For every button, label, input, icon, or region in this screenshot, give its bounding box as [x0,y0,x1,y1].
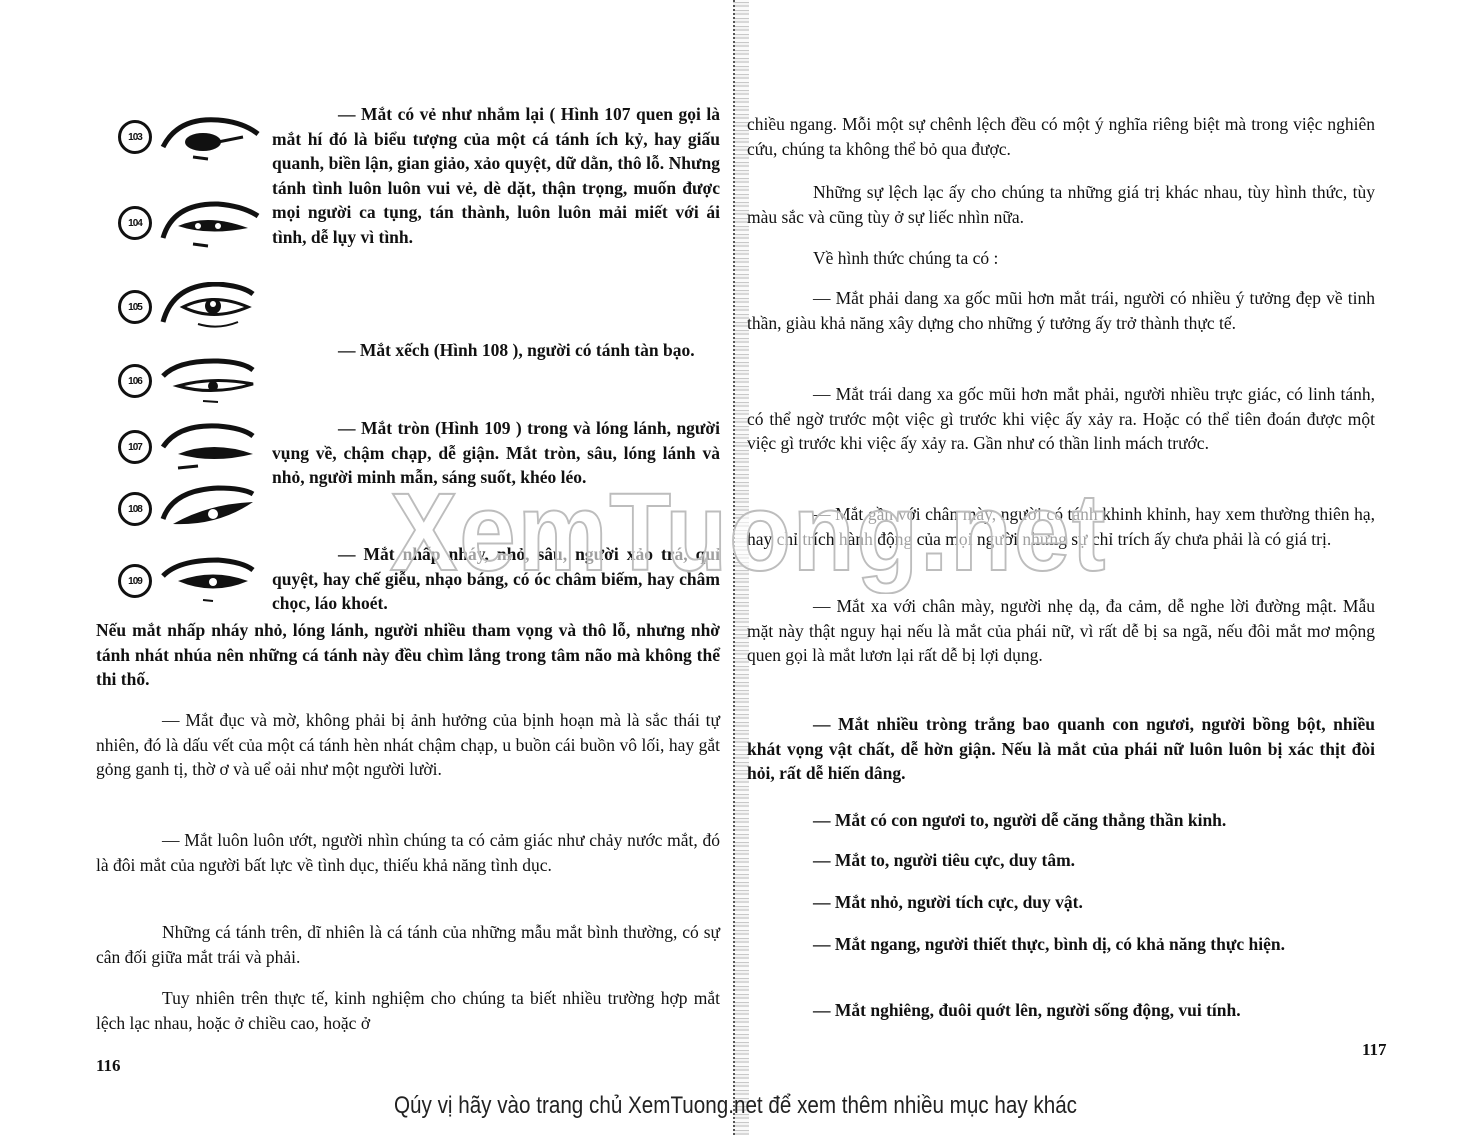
paragraph-lech-lac: Những sự lệch lạc ấy cho chúng ta những … [747,180,1375,229]
eye-figure-108: 108 [118,484,268,534]
eye-illustration-icon [158,112,268,162]
eye-figure-107: 107 [118,422,268,472]
eye-figure-103: 103 [118,112,268,162]
paragraph-mat-trai-dang-xa: — Mắt trái dang xa gốc mũi hơn mắt phải,… [747,382,1375,456]
eye-illustration-icon [158,198,268,248]
figure-number: 108 [118,492,152,526]
eye-figure-106: 106 [118,356,268,406]
paragraph-mat-tron: — Mắt tròn (Hình 109 ) trong và lóng lán… [272,416,720,490]
figure-number: 109 [118,564,152,598]
paragraph-mat-xech: — Mắt xếch (Hình 108 ), người có tánh tà… [272,338,720,363]
eye-figure-109: 109 [118,556,268,606]
left-page: 103 104 105 106 107 108 109 — Mắt có vẻ … [0,0,733,1085]
figure-number: 105 [118,290,152,324]
eye-figure-105: 105 [118,282,268,332]
paragraph-mat-gan-chan-may: — Mắt gần với chân mày, người có tánh kh… [747,502,1375,551]
eye-illustration-icon [158,356,268,406]
page-number-left: 116 [96,1056,121,1076]
eye-illustration-icon [158,282,268,332]
paragraph-mat-phai-dang-xa: — Mắt phải dang xa gốc mũi hơn mắt trái,… [747,286,1375,335]
eye-illustration-icon [158,422,268,472]
paragraph-mat-nghieng: — Mắt nghiêng, đuôi quớt lên, người sống… [747,998,1395,1023]
paragraph-nhung-ca-tanh: Những cá tánh trên, dĩ nhiên là cá tánh … [96,920,720,969]
figure-number: 104 [118,206,152,240]
paragraph-mat-nhieu-trong-trang: — Mắt nhiều tròng trắng bao quanh con ng… [747,712,1375,786]
eye-figure-104: 104 [118,198,268,248]
paragraph-mat-ngang: — Mắt ngang, người thiết thực, bình dị, … [747,932,1395,957]
figure-number: 106 [118,364,152,398]
paragraph-tuy-nhien: Tuy nhiên trên thực tế, kinh nghiệm cho … [96,986,720,1035]
eye-illustration-icon [158,484,268,534]
paragraph-mat-nham: — Mắt có vẻ như nhắm lại ( Hình 107 quen… [272,102,720,249]
paragraph-chieu-ngang: chiều ngang. Mỗi một sự chênh lệch đều c… [747,112,1375,161]
paragraph-mat-duc: — Mắt đục và mờ, không phải bị ảnh hưởng… [96,708,720,782]
paragraph-mat-nhap-nhay: — Mắt nhấp nháy, nhỏ, sâu, người xảo trá… [272,542,720,616]
eye-illustration-icon [158,556,268,606]
figure-number: 107 [118,430,152,464]
paragraph-nhap-nhay-continued: Nếu mắt nhấp nháy nhỏ, lóng lánh, người … [96,618,720,692]
paragraph-mat-nho: — Mắt nhỏ, người tích cực, duy vật. [747,890,1375,915]
paragraph-mat-uot: — Mắt luôn luôn ướt, người nhìn chúng ta… [96,828,720,877]
paragraph-mat-xa-chan-may: — Mắt xa với chân mày, người nhẹ dạ, đa … [747,594,1375,668]
right-page: chiều ngang. Mỗi một sự chênh lệch đều c… [747,0,1471,1085]
page-number-right: 117 [1362,1040,1387,1060]
figure-number: 103 [118,120,152,154]
paragraph-mat-to: — Mắt to, người tiêu cực, duy tâm. [747,848,1375,873]
paragraph-mat-con-nguoi-to: — Mắt có con ngươi to, người dễ căng thẳ… [747,808,1375,833]
footer-link-text[interactable]: Qúy vị hãy vào trang chủ XemTuong.net để… [103,1092,1368,1120]
paragraph-hinh-thuc: Về hình thức chúng ta có : [747,246,1375,271]
